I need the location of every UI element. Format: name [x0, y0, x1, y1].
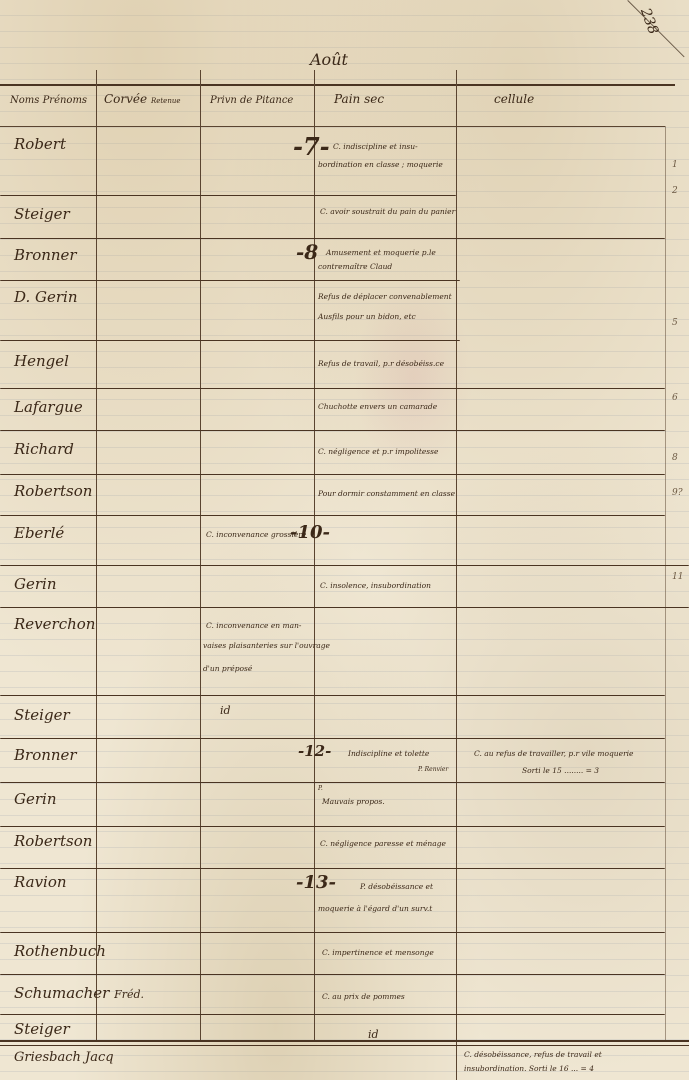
- margin-mark: 8: [672, 453, 678, 463]
- punishment-note: Pour dormir constamment en classe: [318, 485, 455, 503]
- column-header-pitance: Privn de Pitance: [210, 95, 293, 106]
- row-separator: [0, 826, 665, 828]
- row-name-surname: Schumacher: [14, 984, 109, 1002]
- row-name: Eberlé: [14, 524, 64, 542]
- punishment-note: Refus de travail, p.r désobéiss.ce: [318, 355, 444, 373]
- column-divider: [314, 70, 315, 1040]
- punishment-note: Chuchotte envers un camarade: [318, 398, 437, 416]
- pitance-note: id: [220, 702, 231, 720]
- month-heading: Août: [310, 50, 348, 69]
- retenue-label: Retenue: [151, 97, 181, 105]
- row-separator: [0, 738, 665, 740]
- row-separator: [0, 782, 665, 784]
- row-separator: [0, 868, 665, 870]
- punishment-note: C. négligence paresse et ménage: [320, 835, 446, 853]
- column-divider: [665, 126, 666, 1040]
- column-divider: [456, 70, 457, 1080]
- margin-mark: 6: [672, 393, 678, 403]
- pitance-note: C. inconvenance en man-: [206, 617, 301, 635]
- column-divider: [200, 70, 201, 1040]
- row-separator: [0, 974, 665, 976]
- row-name: Bronner: [14, 246, 77, 264]
- margin-mark: 2: [672, 186, 678, 196]
- row-name: Hengel: [14, 352, 69, 370]
- date-marker: -8: [296, 240, 318, 264]
- margin-mark: 1: [672, 160, 678, 170]
- column-header-corvee: Corvée Retenue: [104, 92, 180, 106]
- punishment-note: C. indiscipline et insu-: [333, 138, 418, 156]
- cellule-note: C. au refus de travailler, p.r vile moqu…: [474, 745, 634, 763]
- footer-row-name: Griesbach Jacq: [14, 1050, 114, 1065]
- punishment-note: id: [368, 1026, 379, 1044]
- column-divider: [96, 70, 97, 1040]
- row-name: Robertson: [14, 832, 92, 850]
- punishment-note: P. désobéissance et: [360, 878, 433, 896]
- row-name: Steiger: [14, 1020, 70, 1038]
- punishment-note: C. impertinence et mensonge: [322, 944, 434, 962]
- row-name: Robert: [14, 135, 66, 153]
- margin-mark: 11: [672, 572, 683, 582]
- row-name: Gerin: [14, 575, 57, 593]
- punishment-note-prefix: P.: [318, 785, 323, 792]
- row-separator: [0, 565, 689, 567]
- row-name: Reverchon: [14, 615, 95, 633]
- row-separator: [0, 474, 665, 476]
- row-name: Schumacher Fréd.: [14, 984, 144, 1002]
- row-name: Rothenbuch: [14, 942, 106, 960]
- row-separator: [0, 695, 665, 697]
- pitance-note: C. inconvenance grossière: [206, 526, 306, 544]
- punishment-note: Mauvais propos.: [322, 793, 385, 811]
- row-separator: [0, 195, 456, 197]
- punishment-note: Indiscipline et tolette: [348, 745, 429, 763]
- column-header-names: Noms Prénoms: [10, 95, 87, 106]
- row-name: Gerin: [14, 790, 57, 808]
- row-name: Lafargue: [14, 398, 83, 416]
- row-separator: [0, 430, 665, 432]
- row-separator: [0, 280, 460, 282]
- header-bottom-rule: [0, 126, 665, 127]
- row-separator: [0, 515, 665, 517]
- corvee-label: Corvée: [104, 92, 147, 106]
- row-separator: [0, 607, 689, 609]
- punishment-note: C. négligence et p.r impolitesse: [318, 443, 438, 461]
- date-marker: -13-: [296, 872, 336, 893]
- punishment-note: C. insolence, insubordination: [320, 577, 431, 595]
- margin-mark: 5: [672, 318, 678, 328]
- page-number: 238: [637, 6, 661, 37]
- row-separator: [0, 1014, 665, 1016]
- cellule-note: Sorti le 15 ........ = 3: [522, 762, 599, 780]
- punishment-note: Ausfils pour un bidon, etc: [318, 308, 416, 326]
- punishment-note: C. au prix de pommes: [322, 988, 405, 1006]
- column-header-cellule: cellule: [494, 92, 534, 106]
- punishment-note: C. avoir soustrait du pain du panier: [320, 203, 455, 221]
- column-header-pain-sec: Pain sec: [334, 92, 384, 106]
- cellule-note: insubordination. Sorti le 16 ... = 4: [464, 1060, 594, 1078]
- pitance-note: d'un préposé: [203, 660, 252, 678]
- punishment-note: contremaître Claud: [318, 258, 392, 276]
- header-top-rule: [0, 84, 675, 86]
- punishment-note: moquerie à l'égard d'un surv.t: [318, 900, 432, 918]
- row-name: Steiger: [14, 205, 70, 223]
- margin-mark: 9?: [672, 488, 683, 498]
- row-separator: [0, 238, 665, 240]
- row-name: Robertson: [14, 482, 92, 500]
- punishment-note: Refus de déplacer convenablement: [318, 288, 452, 306]
- punishment-note-sub: P. Renvier: [418, 766, 448, 773]
- row-name: Richard: [14, 440, 74, 458]
- row-separator: [0, 388, 665, 390]
- row-separator: [0, 932, 665, 934]
- row-name: Steiger: [14, 706, 70, 724]
- pitance-note: vaises plaisanteries sur l'ouvrage: [203, 637, 330, 655]
- date-marker: -12-: [298, 742, 331, 760]
- punishment-note: bordination en classe ; moquerie: [318, 156, 443, 174]
- row-name-firstname: Fréd.: [114, 988, 144, 1001]
- row-name: D. Gerin: [14, 288, 78, 306]
- row-separator: [0, 340, 460, 342]
- row-name: Bronner: [14, 746, 77, 764]
- row-name: Ravion: [14, 873, 67, 891]
